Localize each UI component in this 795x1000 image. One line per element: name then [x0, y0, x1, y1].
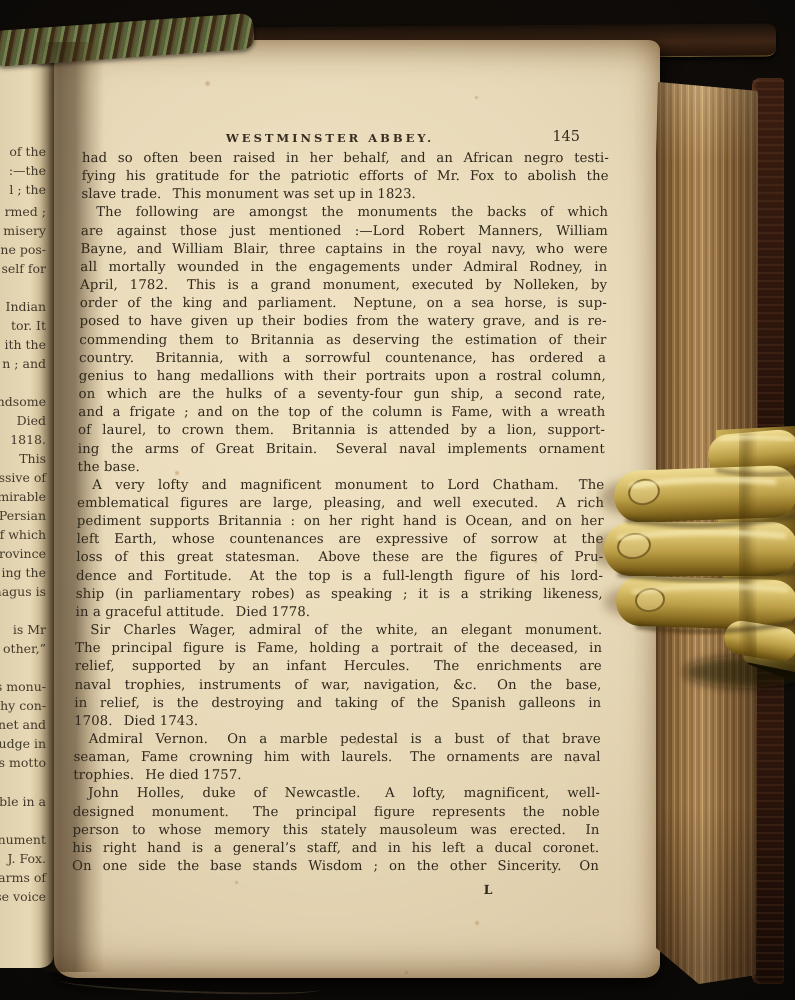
text-line: trophies. He died 1757. [73, 767, 600, 785]
text-line: The principal figure is Fame, holding a … [75, 640, 602, 658]
text-line: 1708. Died 1743. [74, 713, 601, 731]
text-line: had so often been raised in her behalf, … [82, 150, 609, 168]
text-line: relief, supported by an infant Hercules.… [75, 658, 602, 676]
text-line: fying his gratitude for the patriotic ef… [81, 168, 608, 186]
page-header: WESTMINSTER ABBEY. 145 [70, 131, 590, 149]
text-line: genius to hang medallions with their por… [79, 368, 606, 386]
text-line: of laurel, to crown them. Britannia is a… [78, 422, 605, 440]
text-line: in a graceful attitude. Died 1778. [75, 604, 602, 622]
text-line: designed monument. The principal figure … [73, 804, 600, 822]
text-line: On one side the base stands Wisdom ; on … [72, 858, 599, 876]
text-line: Sir Charles Wager, admiral of the white,… [75, 622, 602, 640]
text-line: and a frigate ; and on the top of the co… [78, 404, 605, 422]
text-line: loss of this great statesman. Above thes… [76, 549, 603, 567]
text-line: country. Britannia, with a sorrowful cou… [79, 350, 606, 368]
running-title: WESTMINSTER ABBEY. [70, 131, 590, 145]
text-line: John Holles, duke of Newcastle. A lofty,… [73, 785, 600, 803]
text-line: dence and Fortitude. At the top is a ful… [76, 568, 603, 586]
text-line: The following are amongst the monuments … [81, 204, 608, 222]
text-line: Bayne, and William Blair, three captains… [80, 241, 607, 259]
text-line: posed to have given up their bodies from… [79, 313, 606, 331]
text-line: are against those just mentioned :—Lord … [81, 223, 608, 241]
page-number: 145 [552, 129, 580, 145]
text-line: all mortally wounded in the engagements … [80, 259, 607, 277]
book-photograph: of the:—thel ; thermed ;miseryne pos-sel… [0, 0, 795, 1000]
brass-hand-page-holder [596, 424, 795, 702]
text-line: commending them to Britannia as deservin… [79, 332, 606, 350]
text-line: slave trade. This monument was set up in… [81, 186, 608, 204]
body-text: L had so often been raised in her behalf… [72, 150, 609, 876]
text-line: seaman, Fame crowning him with laurels. … [73, 749, 600, 767]
text-line: his right hand is a general’s staff, and… [72, 840, 599, 858]
text-line: the base. [77, 459, 604, 477]
text-line: pediment supports Britannia : on her rig… [77, 513, 604, 531]
text-line: ing the arms of Great Britain. Several n… [78, 441, 605, 459]
text-line: April, 1782. This is a grand monument, e… [80, 277, 607, 295]
text-line: emblematical figures are large, pleasing… [77, 495, 604, 513]
text-line: ship (in parliamentary robes) as speakin… [76, 586, 603, 604]
text-line: on which are the hulks of a seventy-four… [78, 386, 605, 404]
text-line: A very lofty and magnificent monument to… [77, 477, 604, 495]
signature-mark: L [484, 881, 494, 899]
text-line: in relief, is the destroying and taking … [74, 695, 601, 713]
text-line: naval trophies, instruments of war, navi… [74, 677, 601, 695]
text-line: order of the king and parliament. Neptun… [80, 295, 607, 313]
text-line: Admiral Vernon. On a marble pedestal is … [74, 731, 601, 749]
text-line: person to whose memory this stately maus… [72, 822, 599, 840]
text-line: left Earth, whose countenances are expre… [76, 531, 603, 549]
